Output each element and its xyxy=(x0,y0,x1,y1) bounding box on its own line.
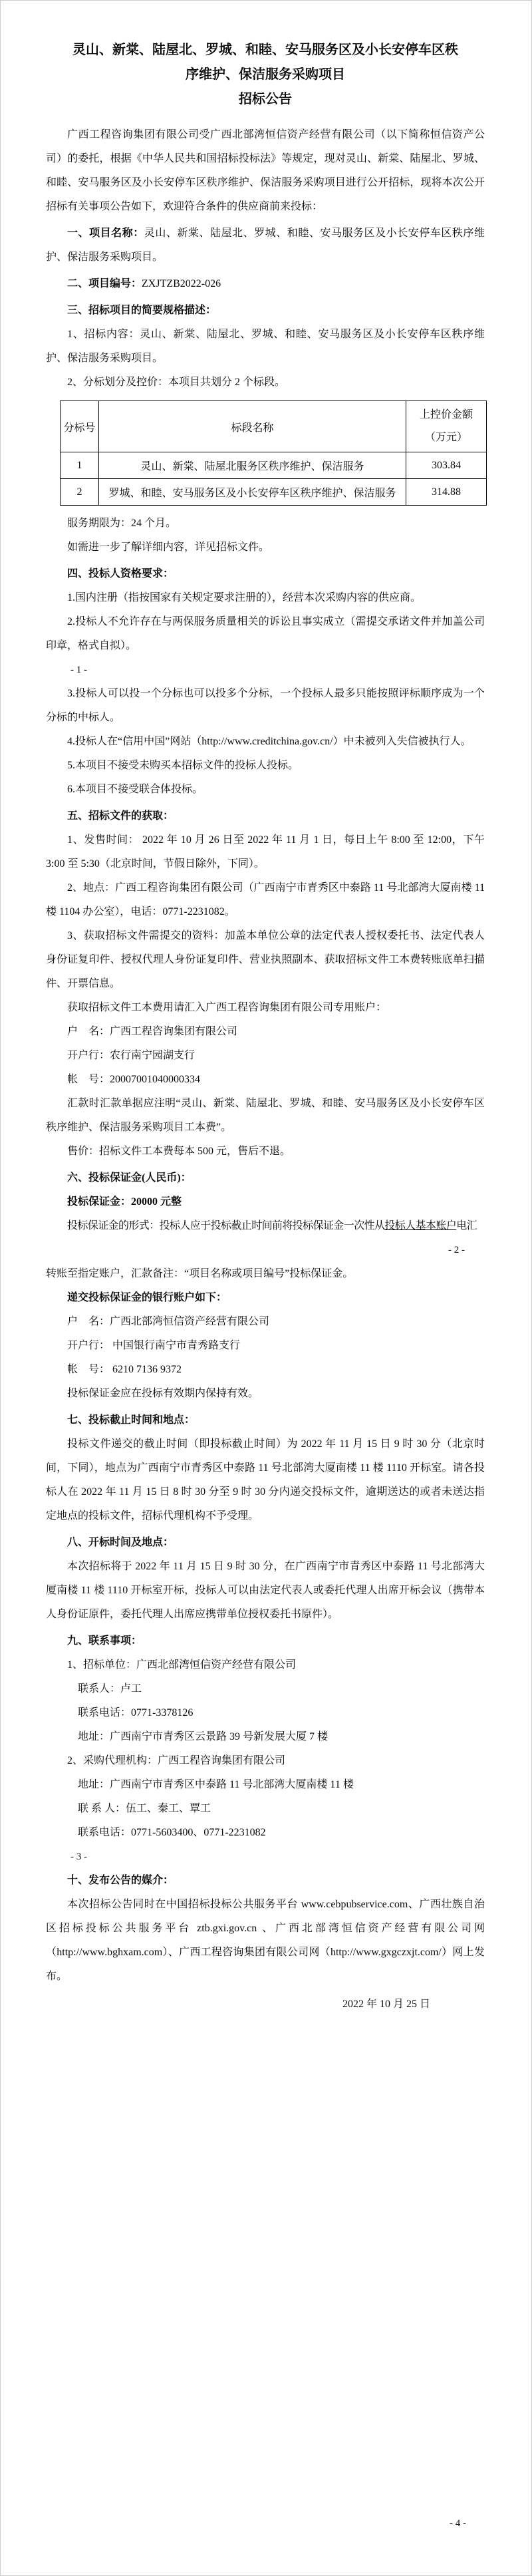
section-6-heading: 六、投标保证金(人民币)： xyxy=(46,1166,485,1190)
section-5-item1: 1、发售时间： 2022 年 10 月 26 日至 2022 年 11 月 1 … xyxy=(46,828,485,876)
section-4-item1: 1.国内注册（指按国家有关规定要求注册的），经营本次采购内容的供应商。 xyxy=(46,586,485,610)
col-header-price-line2: （万元） xyxy=(406,426,486,449)
bid-bond-amount: 投标保证金：20000 元整 xyxy=(46,1190,485,1214)
section-8-text: 本次招标将于 2022 年 11 月 15 日 9 时 30 分，在广西南宁市青… xyxy=(46,1555,485,1627)
section-9-heading: 九、联系事项： xyxy=(46,1629,485,1653)
doc-fee-account-bank: 开户行：农行南宁园湖支行 xyxy=(46,1044,485,1068)
bid-bond-bank-header: 递交投标保证金的银行账户如下： xyxy=(46,1286,485,1310)
section-4-heading: 四、投标人资格要求： xyxy=(46,562,485,586)
lot-price-cell: 303.84 xyxy=(406,452,487,479)
doc-fee-note: 获取招标文件工本费用请汇入广西工程咨询集团有限公司专用账户： xyxy=(46,996,485,1020)
section-8-heading: 八、开标时间及地点： xyxy=(46,1531,485,1555)
section-2-text: ZXJTZB2022-026 xyxy=(142,278,221,289)
section-4-item4: 4.投标人在“信用中国”网站（http://www.creditchina.go… xyxy=(46,730,485,754)
col-header-price-line1: 上控价金额 xyxy=(406,404,486,426)
doc-fee-account-name: 户 名：广西工程咨询集团有限公司 xyxy=(46,1020,485,1044)
section-3-item2-text: 本项目共划分 2 个标段。 xyxy=(168,377,285,388)
section-1-label: 一、项目名称： xyxy=(67,228,144,239)
table-header-row: 分标号 标段名称 上控价金额 （万元） xyxy=(61,401,487,452)
page-number-3: - 3 - xyxy=(70,1845,485,1869)
section-7-heading: 七、投标截止时间和地点： xyxy=(46,1408,485,1432)
section-5-item3: 3、获取招标文件需提交的资料：加盖本单位公章的法定代表人授权委托书、法定代表人身… xyxy=(46,924,485,996)
table-row: 2 罗城、和睦、安马服务区及小长安停车区秩序维护、保洁服务 314.88 xyxy=(61,479,487,506)
lot-name-cell: 灵山、新棠、陆屋北服务区秩序维护、保洁服务 xyxy=(99,452,406,479)
table-row: 1 灵山、新棠、陆屋北服务区秩序维护、保洁服务 303.84 xyxy=(61,452,487,479)
page-content: 灵山、新棠、陆屋北、罗城、和睦、安马服务区及小长安停车区秩 序维护、保洁服务采购… xyxy=(1,1,531,2016)
bid-bond-form-pre: 投标保证金的形式：投标人应于投标截止时间前将投标保证金一次性从 xyxy=(67,1220,384,1231)
page-subtitle: 招标公告 xyxy=(46,87,485,112)
more-info-note: 如需进一步了解详细内容，详见招标文件。 xyxy=(46,536,485,560)
lot-no-cell: 1 xyxy=(61,452,99,479)
bid-bond-account-name: 户 名：广西北部湾恒信资产经营有限公司 xyxy=(46,1310,485,1334)
section-2-label: 二、项目编号： xyxy=(67,278,142,289)
section-3-item1: 1、招标内容：灵山、新棠、陆屋北、罗城、和睦、安马服务区及小长安停车区秩序维护、… xyxy=(46,323,485,371)
agency-name: 2、采购代理机构：广西工程咨询集团有限公司 xyxy=(46,1749,485,1773)
bid-bond-form-post: 电汇 xyxy=(456,1220,477,1231)
section-4-item6: 6.本项目不接受联合体投标。 xyxy=(46,778,485,802)
lots-table: 分标号 标段名称 上控价金额 （万元） 1 灵山、新棠、陆屋北服务区秩序维护、保… xyxy=(60,401,487,506)
section-4-item3: 3.投标人可以投一个分标也可以投多个分标，一个投标人最多只能按照评标顺序成为一个… xyxy=(46,682,485,730)
tenderer-name: 1、招标单位：广西北部湾恒信资产经营有限公司 xyxy=(46,1653,485,1677)
section-7-text: 投标文件递交的截止时间（即投标截止时间）为 2022 年 11 月 15 日 9… xyxy=(46,1432,485,1528)
section-4-item5: 5.本项目不接受未购买本招标文件的投标人投标。 xyxy=(46,754,485,778)
section-3-item1-label: 1、招标内容： xyxy=(67,329,140,340)
section-2-project-number: 二、项目编号：ZXJTZB2022-026 xyxy=(46,272,485,296)
section-3-item2: 2、分标划分及控价：本项目共划分 2 个标段。 xyxy=(46,371,485,395)
bid-bond-form-line2: 转账至指定账户，汇款备注：“项目名称或项目编号”投标保证金。 xyxy=(46,1262,485,1286)
section-5-item2: 2、地点：广西工程咨询集团有限公司（广西南宁市青秀区中泰路 11 号北部湾大厦南… xyxy=(46,876,485,924)
intro-paragraph: 广西工程咨询集团有限公司受广西北部湾恒信资产经营有限公司（以下简称恒信资产公司）… xyxy=(46,123,485,219)
bid-bond-form-line1: 投标保证金的形式：投标人应于投标截止时间前将投标保证金一次性从投标人基本账户电汇 xyxy=(46,1214,485,1238)
agency-contact-person: 联 系 人：伍工、秦工、覃工 xyxy=(46,1797,485,1821)
bid-bond-account-bank: 开户行： 中国银行南宁市青秀路支行 xyxy=(46,1334,485,1358)
section-4-item2: 2.投标人不允许存在与两保服务质量相关的诉讼且事实成立（需提交承诺文件并加盖公司… xyxy=(46,610,485,658)
section-10-text: 本次招标公告同时在中国招标投标公共服务平台 www.cebpubservice.… xyxy=(46,1893,485,1989)
section-3-item2-label: 2、分标划分及控价： xyxy=(67,377,168,388)
announcement-date: 2022 年 10 月 25 日 xyxy=(46,1993,485,2016)
tenderer-contact-person: 联系人：卢工 xyxy=(46,1677,485,1701)
tender-announcement-page: 灵山、新棠、陆屋北、罗城、和睦、安马服务区及小长安停车区秩 序维护、保洁服务采购… xyxy=(0,0,532,2576)
section-10-heading: 十、发布公告的媒介： xyxy=(46,1869,485,1893)
tenderer-contact-phone: 联系电话：0771-3378126 xyxy=(46,1701,485,1725)
agency-contact-phone: 联系电话：0771-5603400、0771-2231082 xyxy=(46,1821,485,1845)
col-header-price: 上控价金额 （万元） xyxy=(406,401,487,452)
page-number-1: - 1 - xyxy=(70,658,485,682)
section-3-heading: 三、招标项目的简要规格描述： xyxy=(46,299,485,323)
service-period: 服务期限为：24 个月。 xyxy=(46,512,485,536)
bid-bond-validity: 投标保证金应在投标有效期内保持有效。 xyxy=(46,1382,485,1406)
col-header-lot-name: 标段名称 xyxy=(99,401,406,452)
doc-fee-account-number: 帐 号：20007001040000334 xyxy=(46,1068,485,1092)
remit-note: 汇款时汇款单据应注明“灵山、新棠、陆屋北、罗城、和睦、安马服务区及小长安停车区秩… xyxy=(46,1092,485,1140)
lot-price-cell: 314.88 xyxy=(406,479,487,506)
doc-price-note: 售价：招标文件工本费每本 500 元，售后不退。 xyxy=(46,1140,485,1164)
bid-bond-form-underlined: 投标人基本账户 xyxy=(384,1220,456,1231)
page-number-2: - 2 - xyxy=(46,1238,485,1262)
section-1-project-name: 一、项目名称：灵山、新棠、陆屋北、罗城、和睦、安马服务区及小长安停车区秩序维护、… xyxy=(46,222,485,269)
page-number-4: - 4 - xyxy=(450,2518,466,2529)
lot-no-cell: 2 xyxy=(61,479,99,506)
tenderer-address: 地址：广西南宁市青秀区云景路 39 号新发展大厦 7 楼 xyxy=(46,1725,485,1749)
col-header-lot-no: 分标号 xyxy=(61,401,99,452)
lot-name-cell: 罗城、和睦、安马服务区及小长安停车区秩序维护、保洁服务 xyxy=(99,479,406,506)
agency-address: 地址：广西南宁市青秀区中泰路 11 号北部湾大厦南楼 11 楼 xyxy=(46,1773,485,1797)
section-5-heading: 五、招标文件的获取： xyxy=(46,804,485,828)
page-title-line1: 灵山、新棠、陆屋北、罗城、和睦、安马服务区及小长安停车区秩 xyxy=(46,38,485,63)
bid-bond-account-number: 帐 号： 6210 7136 9372 xyxy=(46,1358,485,1382)
page-title-line2: 序维护、保洁服务采购项目 xyxy=(46,63,485,87)
